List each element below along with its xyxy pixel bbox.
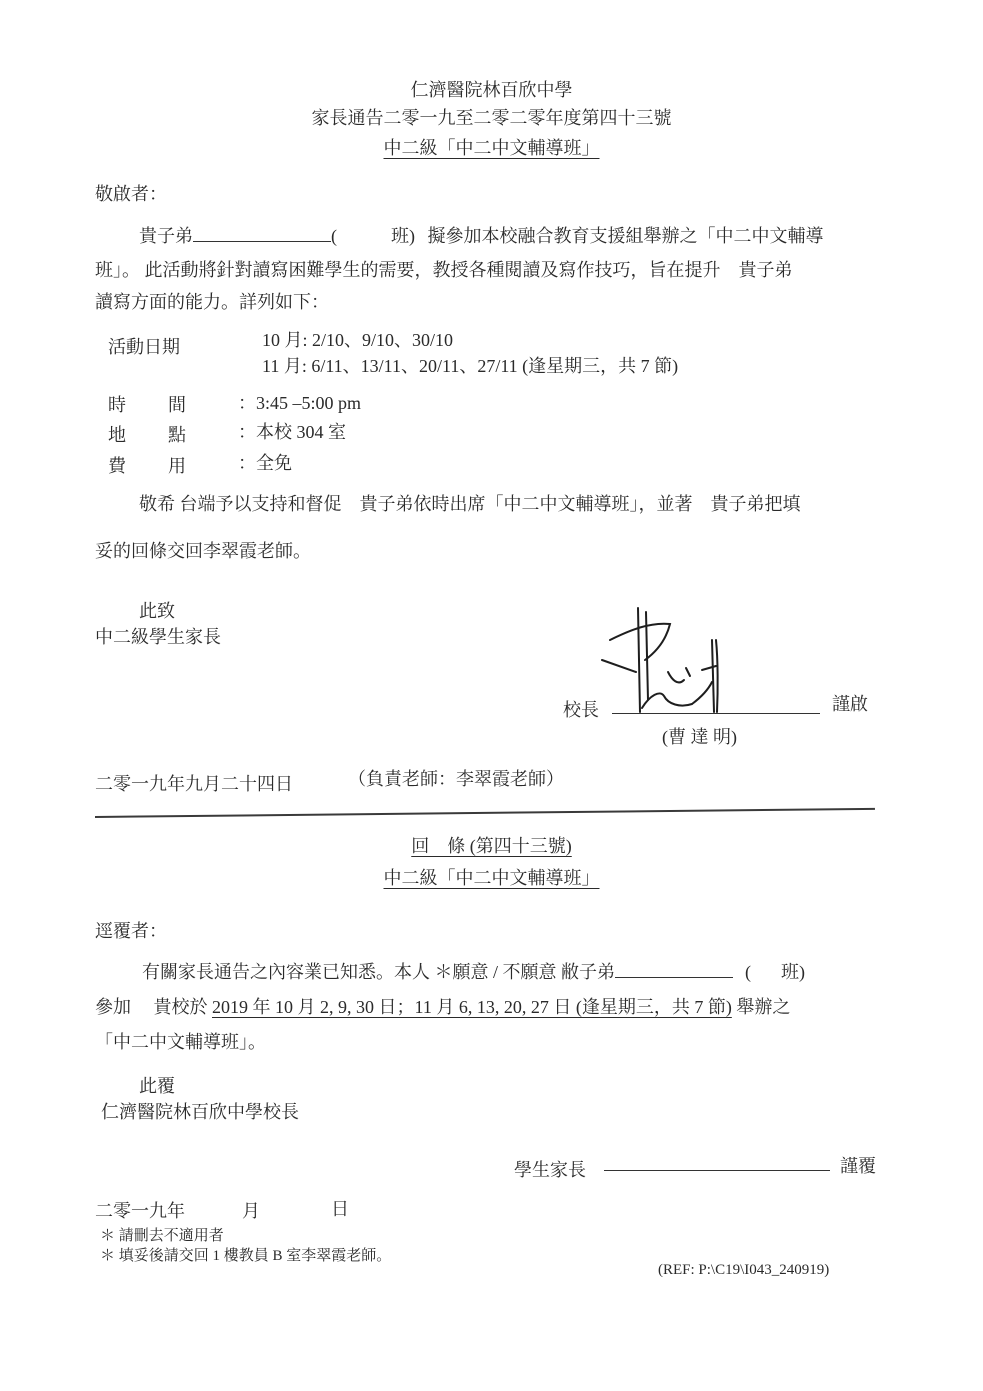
student-name-blank[interactable] (193, 240, 331, 242)
para1-line2: 班」。 此活動將針對讀寫困難學生的需要，教授各種閱讀及寫作技巧，旨在提升 貴子弟 (95, 256, 793, 282)
para1-line1: 貴子弟(班) 擬參加本校融合教育支援組舉辦之「中二中文輔導 (139, 222, 824, 248)
time-value: ：3:45 –5:00 pm (238, 389, 361, 415)
fee-value: ：全免 (238, 449, 292, 475)
place-label-1: 地 (108, 421, 126, 447)
reply-line1-text: 有關家長通告之內容業已知悉。本人 ＊願意 / 不願意 敝子弟 (142, 962, 615, 982)
notice-title: 中二級「中二中文輔導班」 (0, 134, 983, 160)
time-label-1: 時 (108, 391, 126, 417)
reply-subtitle-text: 中二級「中二中文輔導班」 (384, 868, 600, 888)
reply-title-text: 回 條 (第四十三號) (411, 836, 572, 856)
para1-prefix: 貴子弟 (139, 226, 193, 246)
principal-label: 校長 (563, 696, 599, 722)
para1-line3: 讀寫方面的能力。詳列如下： (95, 288, 329, 314)
reply-class-label: 班) (781, 962, 805, 982)
reply-date-month: 月 (242, 1197, 260, 1223)
reply-salutation: 逕覆者： (95, 917, 167, 943)
reply-line2-suffix: 舉辦之 (732, 997, 791, 1017)
principal-suffix: 謹啟 (832, 690, 868, 716)
principal-name: (曹 達 明) (662, 723, 737, 749)
date-oct: 10 月: 2/10、9/10、30/10 (262, 326, 453, 352)
salutation: 敬啟者： (95, 180, 167, 206)
para2-line1: 敬希 台端予以支持和督促 貴子弟依時出席「中二中文輔導班」，並著 貴子弟把填 (139, 490, 801, 516)
class-label: 班) (391, 226, 415, 246)
class-open-paren: ( (331, 226, 337, 246)
time-label-2: 間 (168, 391, 186, 417)
notice-number: 家長通告二零一九至二零二零年度第四十三號 (0, 104, 983, 130)
note-1: ＊ 請刪去不適用者 (100, 1224, 224, 1245)
reply-line2: 參加 貴校於 2019 年 10 月 2, 9, 30 日；11 月 6, 13… (95, 993, 790, 1019)
fee-label-2: 用 (168, 452, 186, 478)
place-value: ：本校 304 室 (238, 418, 346, 444)
reply-line2-dates: 2019 年 10 月 2, 9, 30 日；11 月 6, 13, 20, 2… (212, 997, 732, 1017)
reply-class-open: ( (745, 962, 751, 982)
closing: 此致 (139, 597, 175, 623)
teacher-in-charge: （負責老師：李翠霞老師） (348, 765, 564, 791)
date-nov: 11 月: 6/11、13/11、20/11、27/11 (逢星期三，共 7 節… (262, 352, 678, 378)
notice-title-text: 中二級「中二中文輔導班」 (384, 138, 600, 158)
reply-closing: 此覆 (139, 1072, 175, 1098)
letter-date: 二零一九年九月二十四日 (95, 770, 293, 796)
reply-date-year: 二零一九年 (95, 1197, 185, 1223)
reply-subtitle: 中二級「中二中文輔導班」 (0, 864, 983, 890)
reply-line1: 有關家長通告之內容業已知悉。本人 ＊願意 / 不願意 敝子弟(班) (142, 958, 805, 984)
parent-label: 學生家長 (514, 1156, 586, 1182)
date-label: 活動日期 (108, 333, 180, 359)
child-name-blank[interactable] (615, 976, 733, 978)
reply-recipient: 仁濟醫院林百欣中學校長 (101, 1098, 299, 1124)
reference-code: (REF: P:\C19\I043_240919) (658, 1262, 829, 1279)
reply-line3: 「中二中文輔導班」。 (95, 1028, 266, 1054)
para1-rest: 擬參加本校融合教育支援組舉辦之「中二中文輔導 (428, 226, 824, 246)
parent-signature-line[interactable] (604, 1170, 830, 1171)
fee-label-1: 費 (108, 452, 126, 478)
reply-line2-prefix: 參加 貴校於 (95, 997, 212, 1017)
school-name: 仁濟醫院林百欣中學 (0, 76, 983, 102)
para2-line2: 妥的回條交回李翠霞老師。 (95, 537, 311, 563)
divider-line (95, 808, 875, 818)
reply-title: 回 條 (第四十三號) (0, 832, 983, 858)
parent-suffix: 謹覆 (840, 1152, 876, 1178)
recipient: 中二級學生家長 (95, 623, 221, 649)
reply-date-day: 日 (331, 1195, 349, 1221)
note-2: ＊ 填妥後請交回 1 樓教員 B 室李翠霞老師。 (100, 1244, 391, 1265)
place-label-2: 點 (168, 421, 186, 447)
principal-signature-icon (600, 600, 770, 718)
